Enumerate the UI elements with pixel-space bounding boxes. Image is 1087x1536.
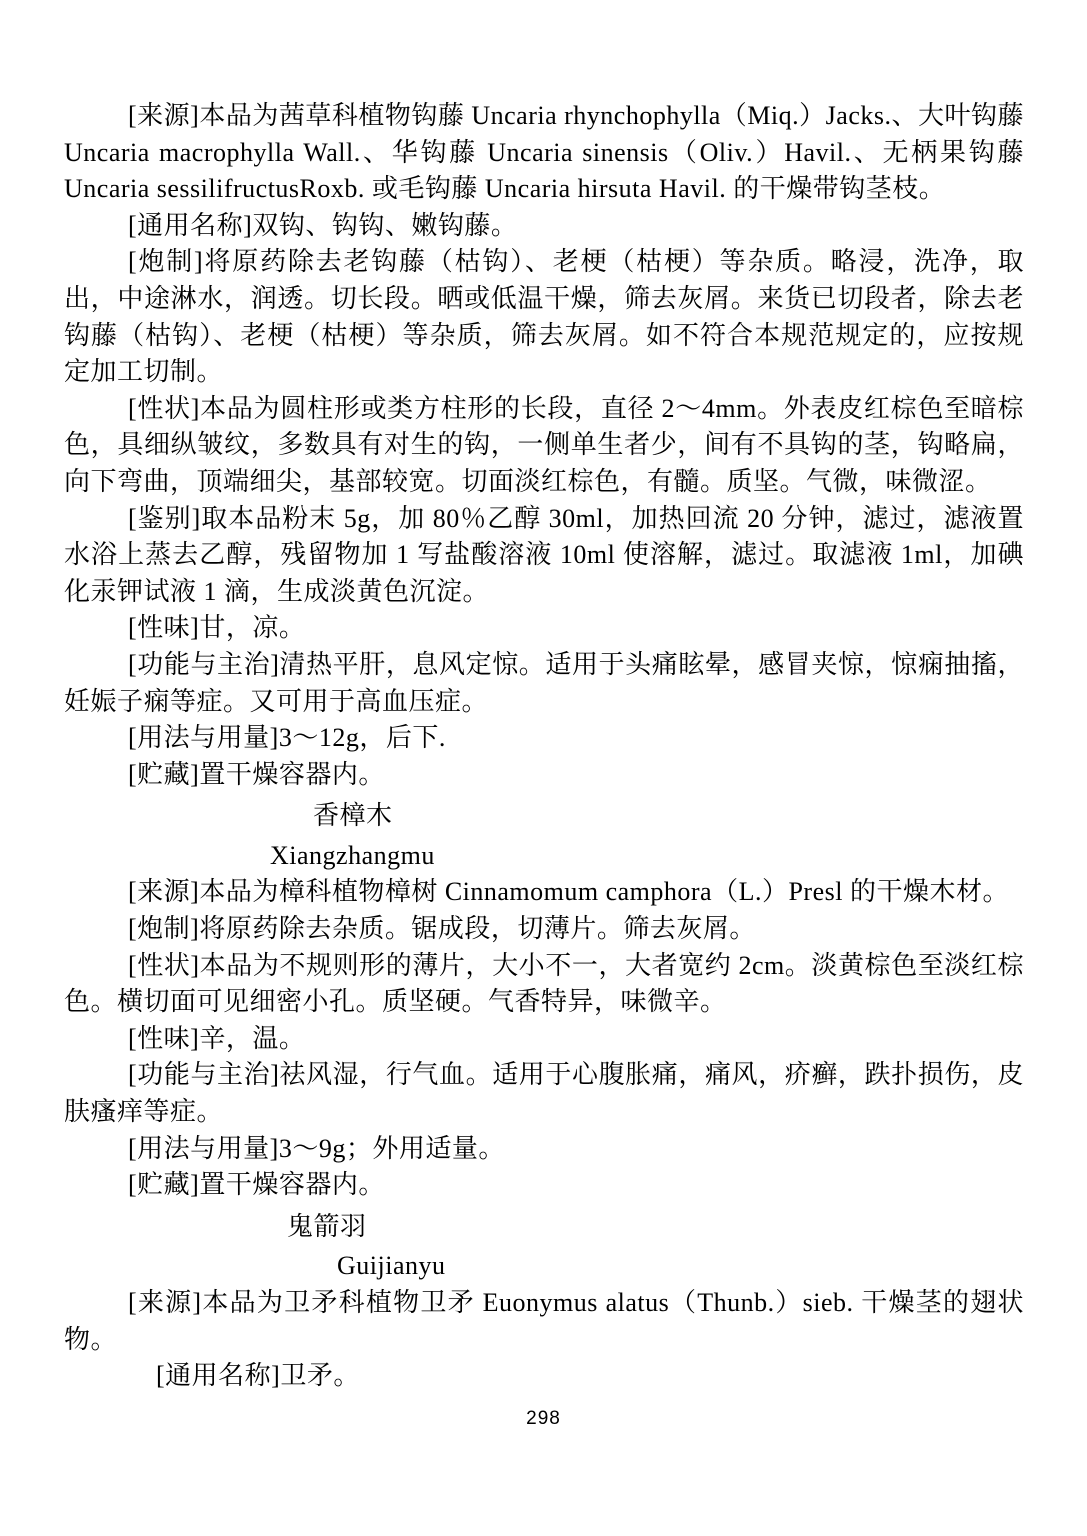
- para-gouteng-property-flavor: [性味]甘，凉。: [64, 610, 1024, 647]
- section-heading-guijianyu: 鬼箭羽: [287, 1209, 1024, 1246]
- para-xiangzhangmu-description: [性状]本品为不规则形的薄片，大小不一，大者宽约 2cm。淡黄棕色至淡红棕色。横…: [64, 948, 1024, 1021]
- section-pinyin-guijianyu: Guijianyu: [337, 1248, 1024, 1285]
- para-xiangzhangmu-dosage: [用法与用量]3～9g；外用适量。: [64, 1131, 1024, 1168]
- section-pinyin-xiangzhangmu: Xiangzhangmu: [270, 838, 1024, 875]
- para-xiangzhangmu-property-flavor: [性味]辛，温。: [64, 1021, 1024, 1058]
- section-heading-xiangzhangmu: 香樟木: [313, 798, 1024, 835]
- para-xiangzhangmu-functions-indications: [功能与主治]祛风湿，行气血。适用于心腹胀痛，痛风，疥癣，跌扑损伤，皮肤瘙痒等症…: [64, 1057, 1024, 1130]
- para-gouteng-dosage: [用法与用量]3～12g，后下.: [64, 720, 1024, 757]
- para-gouteng-common-names: [通用名称]双钩、钩钩、嫩钩藤。: [64, 208, 1024, 245]
- para-xiangzhangmu-processing: [炮制]将原药除去杂质。锯成段，切薄片。筛去灰屑。: [64, 911, 1024, 948]
- para-gouteng-functions-indications: [功能与主治]清热平肝，息风定惊。适用于头痛眩晕，感冒夹惊，惊痫抽搐，妊娠子痫等…: [64, 647, 1024, 720]
- para-gouteng-source: [来源]本品为茜草科植物钩藤 Uncaria rhynchophylla（Miq…: [64, 98, 1024, 208]
- para-gouteng-storage: [贮藏]置干燥容器内。: [64, 757, 1024, 794]
- para-guijianyu-common-names: [通用名称]卫矛。: [64, 1358, 1024, 1395]
- para-xiangzhangmu-storage: [贮藏]置干燥容器内。: [64, 1167, 1024, 1204]
- para-xiangzhangmu-source: [来源]本品为樟科植物樟树 Cinnamomum camphora（L.）Pre…: [64, 874, 1024, 911]
- para-gouteng-identification: [鉴别]取本品粉末 5g，加 80％乙醇 30ml，加热回流 20 分钟，滤过，…: [64, 501, 1024, 611]
- para-guijianyu-source: [来源]本品为卫矛科植物卫矛 Euonymus alatus（Thunb.）si…: [64, 1285, 1024, 1358]
- document-body: [来源]本品为茜草科植物钩藤 Uncaria rhynchophylla（Miq…: [64, 98, 1024, 1395]
- para-gouteng-processing: [炮制]将原药除去老钩藤（枯钩）、老梗（枯梗）等杂质。略浸，洗净，取出，中途淋水…: [64, 244, 1024, 390]
- para-gouteng-description: [性状]本品为圆柱形或类方柱形的长段，直径 2～4mm。外表皮红棕色至暗棕色，具…: [64, 391, 1024, 501]
- page-number: 298: [0, 1408, 1087, 1430]
